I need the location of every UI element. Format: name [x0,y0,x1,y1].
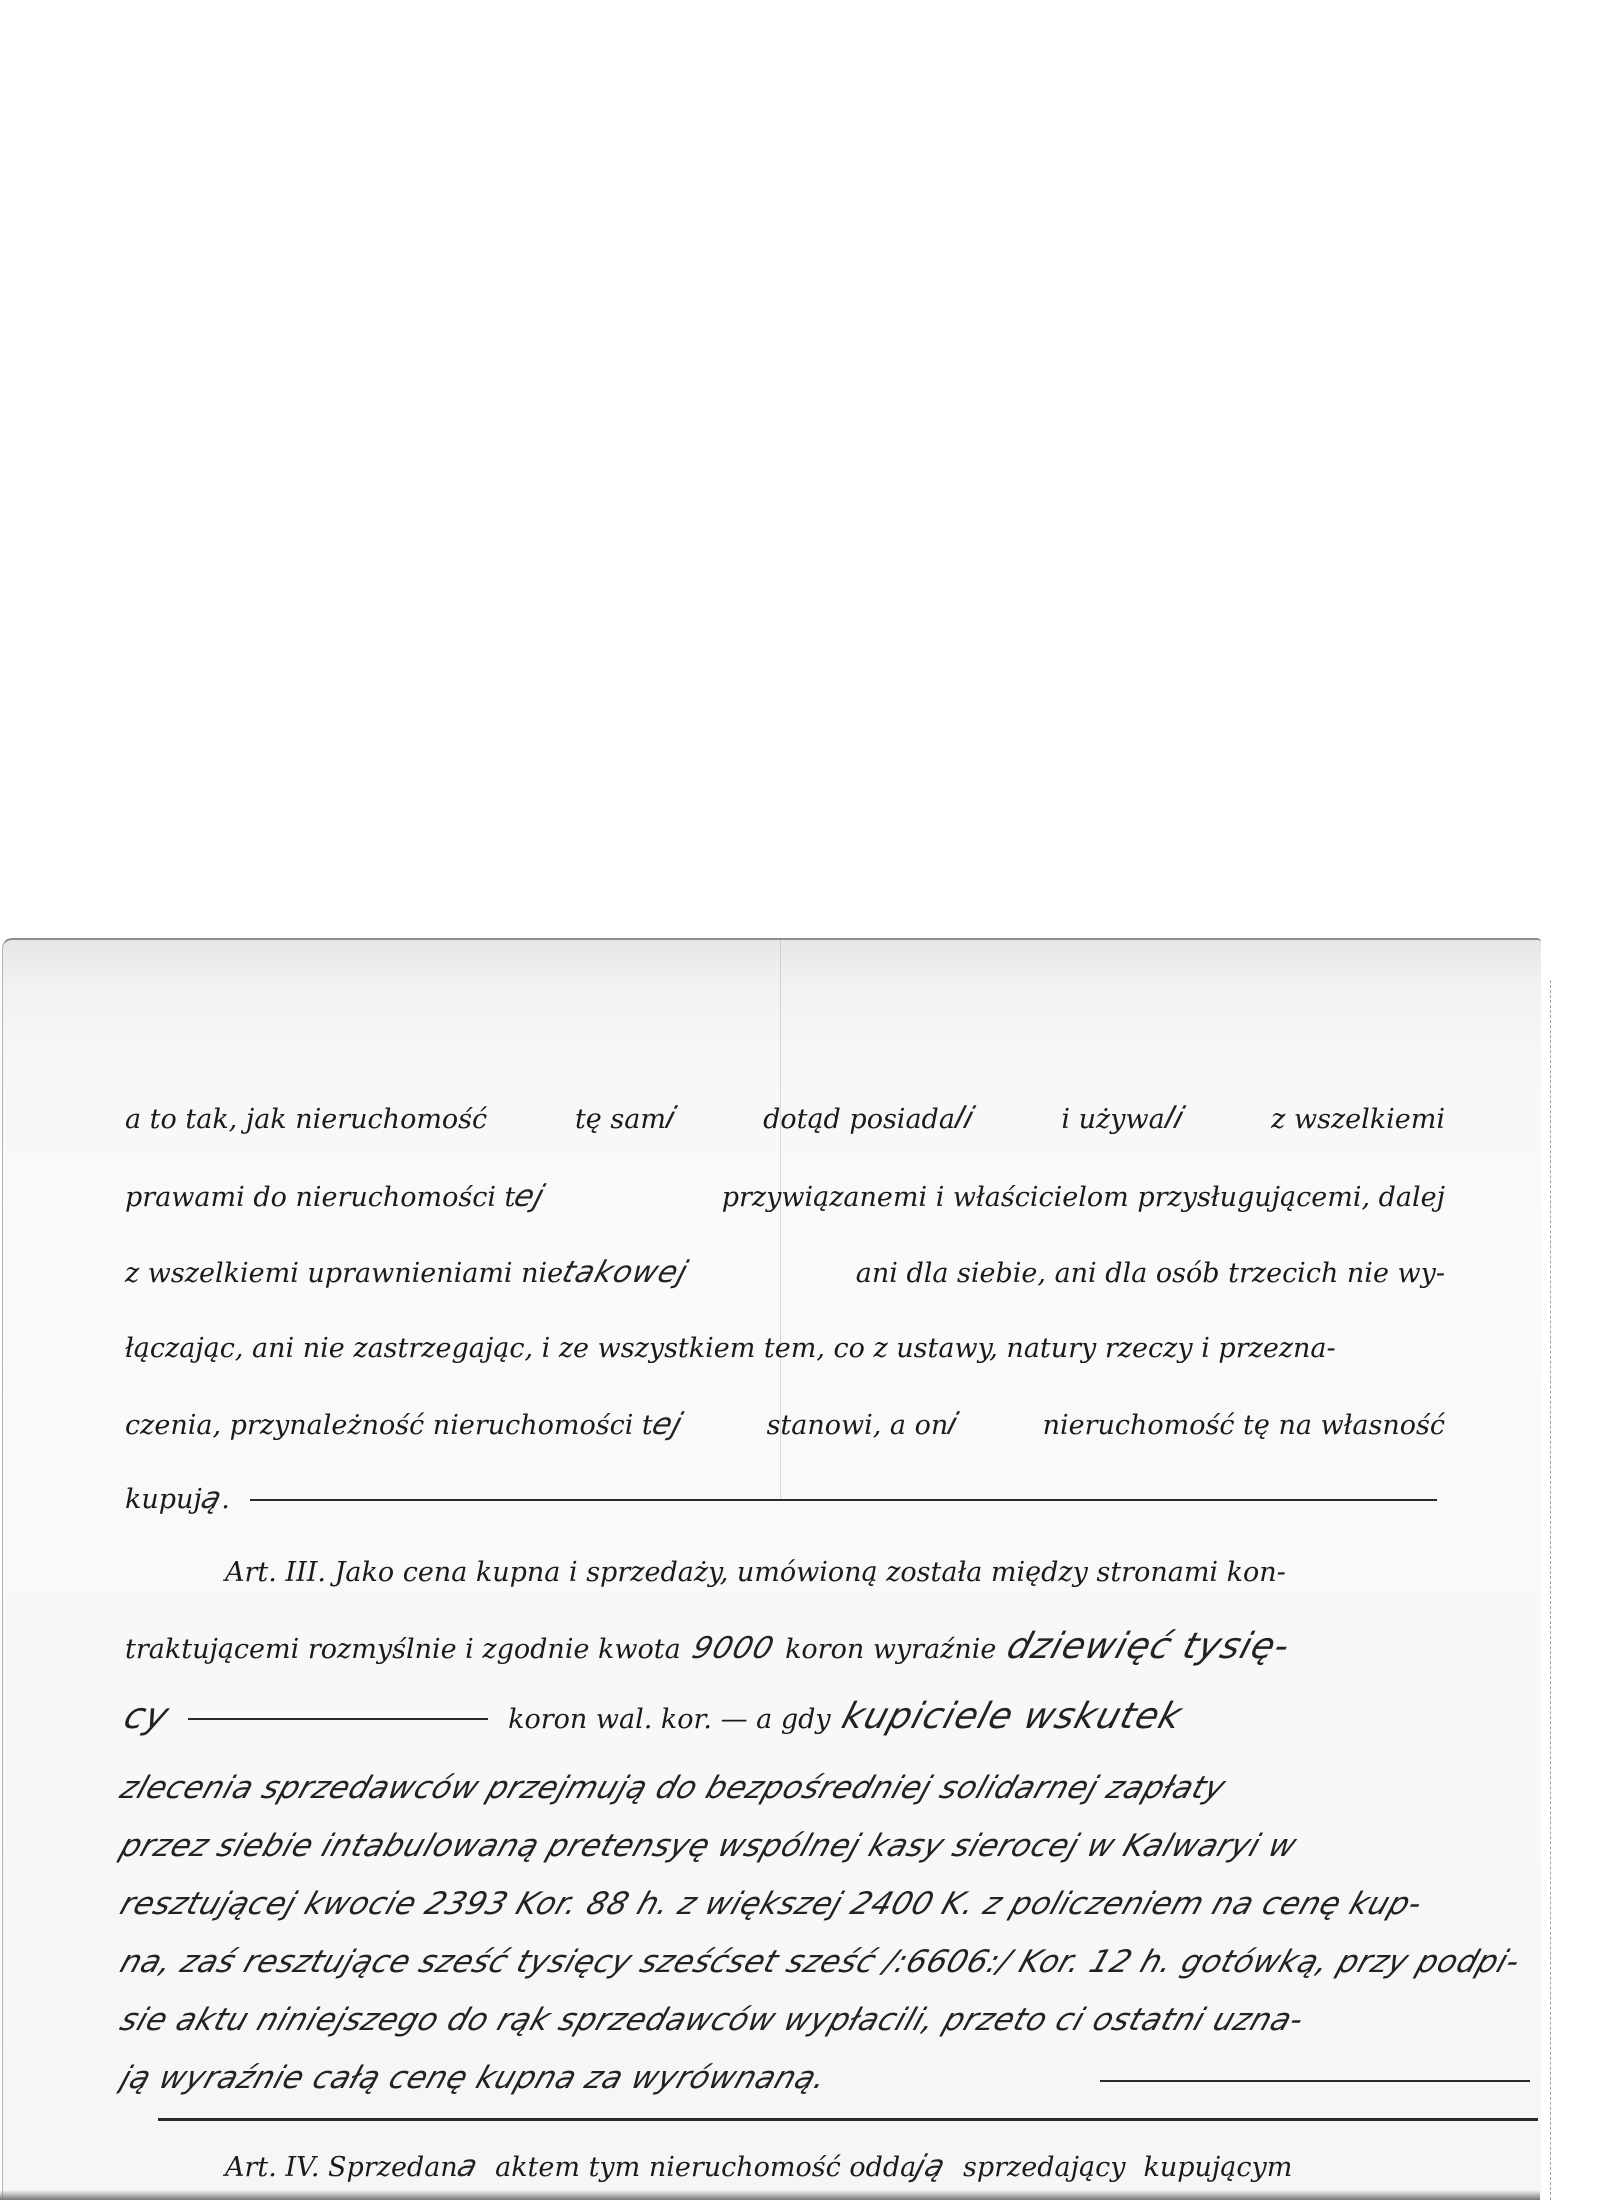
printed-text: prawami do nieruchomości t [125,1182,515,1213]
printed-text: z wszelkiemi uprawnieniami nie [125,1258,563,1289]
printed-text: łączając, ani nie zastrzegając, i ze wsz… [125,1332,1336,1366]
printed-text: traktującemi rozmyślnie i zgodnie kwota [125,1633,681,1667]
fill-line [188,1718,488,1720]
printed-text: czenia, przynależność nieruchomości t [125,1410,653,1441]
handwritten-line: sie aktu niniejszego do rąk sprzedawców … [115,2000,1548,2040]
text-line-1: a to tak, jak nieruchomość tę sami dotąd… [125,1102,1445,1137]
printed-text: dotąd posiada [763,1104,955,1135]
handwritten-fill: takowej [558,1256,692,1290]
handwritten-fill: ją [911,2150,949,2184]
handwritten-fill: kupiciele wskutek [838,1700,1186,1734]
printed-text: ani dla siebie, ani dla osób trzecich ni… [856,1257,1445,1291]
handwritten-line: przez siebie intabulowaną pretensyę wspó… [115,1826,1548,1866]
article-4-line-1: Art. IV. Sprzedana aktem tym nieruchomoś… [225,2150,1525,2185]
text-line-2: prawami do nieruchomości tej przywiązane… [125,1180,1445,1215]
article-3-line-2: traktującemi rozmyślnie i zgodnie kwota … [125,1630,1445,1667]
printed-text: i używa [1061,1104,1164,1135]
handwritten-amount-words: dziewięć tysię- [1004,1630,1295,1664]
printed-text: koron wal. kor. — a gdy [508,1703,831,1737]
section-divider [158,2118,1538,2121]
handwritten-line: resztującej kwocie 2393 Kor. 88 h. z wię… [115,1884,1548,1924]
printed-text: przywiązanemi i właścicielom przysługują… [722,1181,1445,1215]
handwritten-line: ją wyraźnie całą cenę kupna za wyrównaną… [115,2058,1088,2098]
printed-text: stanowi, a on [767,1410,949,1441]
fill-line [250,1499,1437,1501]
printed-text: kupującym [1143,2151,1292,2185]
fill-line [1100,2080,1530,2082]
article-3-line-3: cy koron wal. kor. — a gdy kupiciele wsk… [125,1700,1445,1737]
printed-text: a to tak, jak nieruchomość [125,1103,487,1137]
text-line-3: z wszelkiemi uprawnieniami nietakowej an… [125,1256,1445,1291]
text-line-4: łączając, ani nie zastrzegając, i ze wsz… [125,1332,1445,1366]
printed-text: tę sam [575,1104,666,1135]
text-line-5: czenia, przynależność nieruchomości tej … [125,1408,1445,1443]
text-line-6: kupują. [125,1482,1445,1517]
handwritten-fill: ej [511,1180,550,1214]
handwritten-fill: cy [120,1700,173,1734]
handwritten-line: na, zaś resztujące sześć tysięcy sześćse… [115,1942,1548,1982]
printed-text: z wszelkiemi [1271,1103,1445,1137]
handwritten-fill: ej [648,1408,687,1442]
printed-text: aktem tym nieruchomość odda [495,2152,916,2183]
printed-text: koron wyraźnie [785,1633,996,1667]
handwritten-line: zlecenia sprzedawców przejmują do bezpoś… [115,1768,1548,1808]
handwritten-amount: 9000 [688,1632,778,1666]
printed-text: kupuj [125,1484,202,1515]
printed-text: Art. IV. Sprzedan [225,2152,458,2183]
article-3-line-1: Art. III. Jako cena kupna i sprzedaży, u… [225,1556,1445,1590]
paper-bottom-edge [0,2190,1540,2200]
printed-text: sprzedający [963,2151,1125,2185]
printed-text: Art. III. Jako cena kupna i sprzedaży, u… [225,1556,1286,1590]
printed-text: nieruchomość tę na własność [1043,1409,1445,1443]
